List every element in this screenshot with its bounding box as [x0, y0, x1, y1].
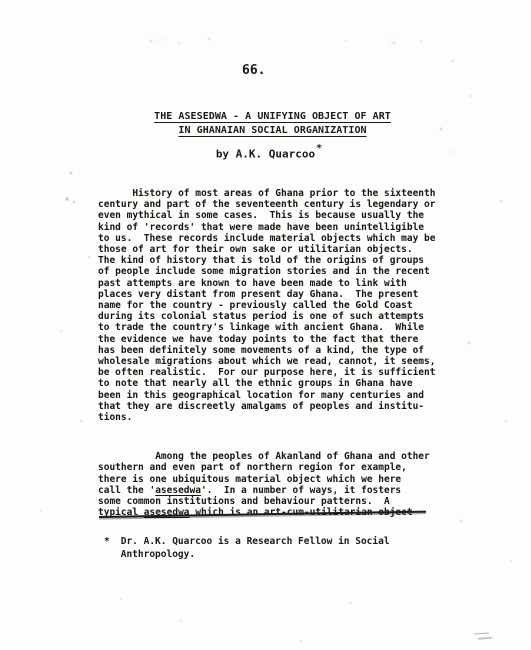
- footnote-marker: *: [104, 536, 110, 561]
- byline-text: by A.K. Quarcoo: [216, 148, 315, 161]
- footnote-text: Dr. A.K. Quarcoo is a Research Fellow in…: [121, 536, 390, 561]
- article-title-line2: IN GHANAIAN SOCIAL ORGANIZATION: [178, 125, 366, 136]
- document-page: 66. THE ASESEDWA - A UNIFYING OBJECT OF …: [0, 0, 531, 650]
- article-title-line1: THE ASESEDWA - A UNIFYING OBJECT OF ART: [154, 111, 391, 122]
- byline-footnote-marker: *: [316, 143, 322, 154]
- corner-pencil-mark: [474, 632, 489, 636]
- paragraph-1: History of most areas of Ghana prior to …: [98, 188, 435, 423]
- underlined-term-asesedwa: asesedwa: [155, 485, 201, 496]
- byline: by A.K. Quarcoo*: [6, 145, 531, 161]
- footnote: * Dr. A.K. Quarcoo is a Research Fellow …: [104, 536, 390, 561]
- page-number: 66.: [242, 63, 265, 78]
- article-title: THE ASESEDWA - A UNIFYING OBJECT OF ART …: [14, 110, 531, 137]
- scan-noise-speckles: [0, 0, 2, 2]
